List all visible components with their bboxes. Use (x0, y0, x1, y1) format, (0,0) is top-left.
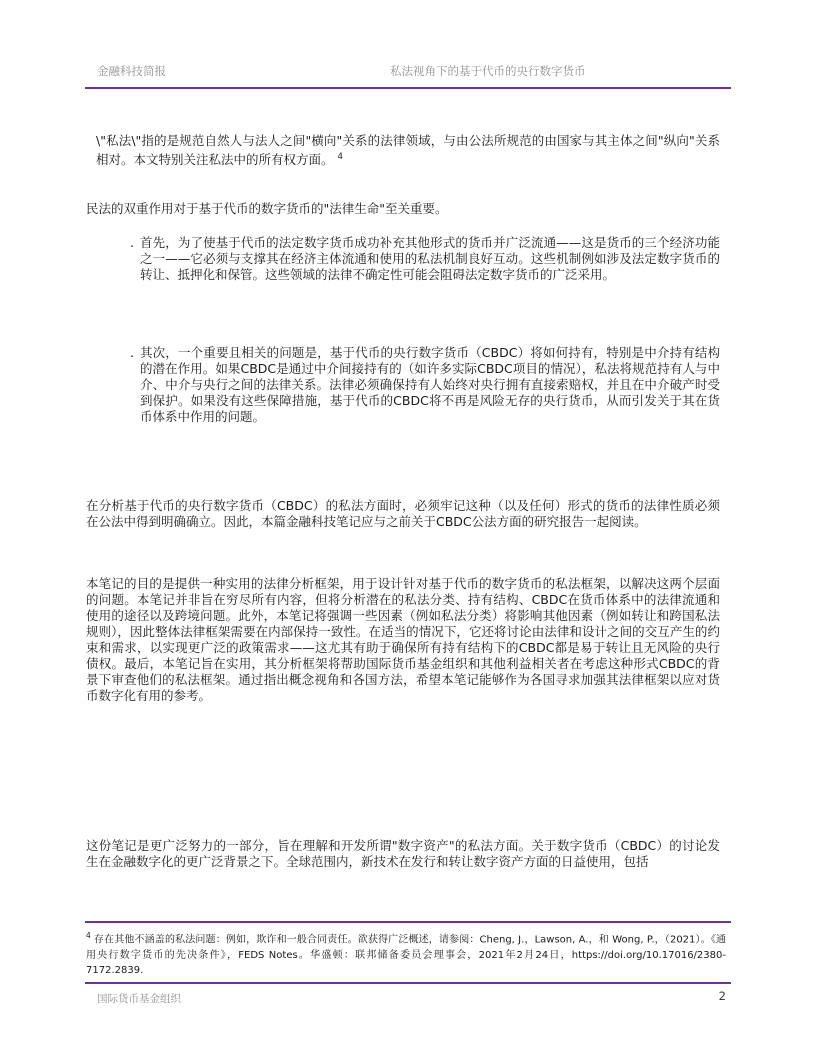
header-series-label: 金融科技简报 (97, 63, 166, 79)
footnote-separator-rule (85, 921, 731, 923)
intro-paragraph: \"私法\"指的是规范自然人与法人之间"横向"关系的法律领域，与由公法所规范的由… (96, 133, 720, 168)
header-doc-title: 私法视角下的基于代币的央行数字货币 (390, 63, 586, 79)
bullet-text-first: 首先，为了使基于代币的法定数字货币成功补充其他形式的货币并广泛流通——这是货币的… (140, 235, 720, 283)
page-number: 2 (719, 989, 726, 1003)
bullet-text-second: 其次，一个重要且相关的问题是，基于代币的央行数字货币（CBDC）将如何持有，特别… (140, 345, 720, 425)
footer-organization-label: 国际货币基金组织 (97, 991, 181, 1006)
lead-paragraph: 民法的双重作用对于基于代币的数字货币的"法律生命"至关重要。 (86, 201, 720, 217)
footnote-marker: 4 (86, 931, 91, 940)
bullet-item-first: . 首先，为了使基于代币的法定数字货币成功补充其他形式的货币并广泛流通——这是货… (130, 235, 720, 283)
footnote-text: 存在其他不涵盖的私法问题：例如，欺诈和一般合同责任。欲获得广泛概述，请参阅：Ch… (86, 934, 726, 976)
intro-text: \"私法\"指的是规范自然人与法人之间"横向"关系的法律领域，与由公法所规范的由… (96, 133, 720, 167)
document-page: 金融科技简报 私法视角下的基于代币的央行数字货币 \"私法\"指的是规范自然人与… (0, 0, 816, 1056)
header-rule (85, 87, 731, 89)
footnote-reference-4: 4 (338, 152, 343, 162)
footer-rule (85, 982, 731, 984)
bullet-marker: . (130, 345, 140, 425)
bullet-marker: . (130, 235, 140, 283)
footnote-4: 4存在其他不涵盖的私法问题：例如，欺诈和一般合同责任。欲获得广泛概述，请参阅：C… (86, 928, 726, 979)
context-paragraph: 这份笔记是更广泛努力的一部分，旨在理解和开发所谓"数字资产"的私法方面。关于数字… (86, 838, 720, 870)
purpose-paragraph: 本笔记的目的是提供一种实用的法律分析框架，用于设计针对基于代币的数字货币的私法框… (86, 576, 720, 704)
bullet-item-second: . 其次，一个重要且相关的问题是，基于代币的央行数字货币（CBDC）将如何持有，… (130, 345, 720, 425)
analysis-paragraph: 在分析基于代币的央行数字货币（CBDC）的私法方面时，必须牢记这种（以及任何）形… (86, 498, 720, 530)
